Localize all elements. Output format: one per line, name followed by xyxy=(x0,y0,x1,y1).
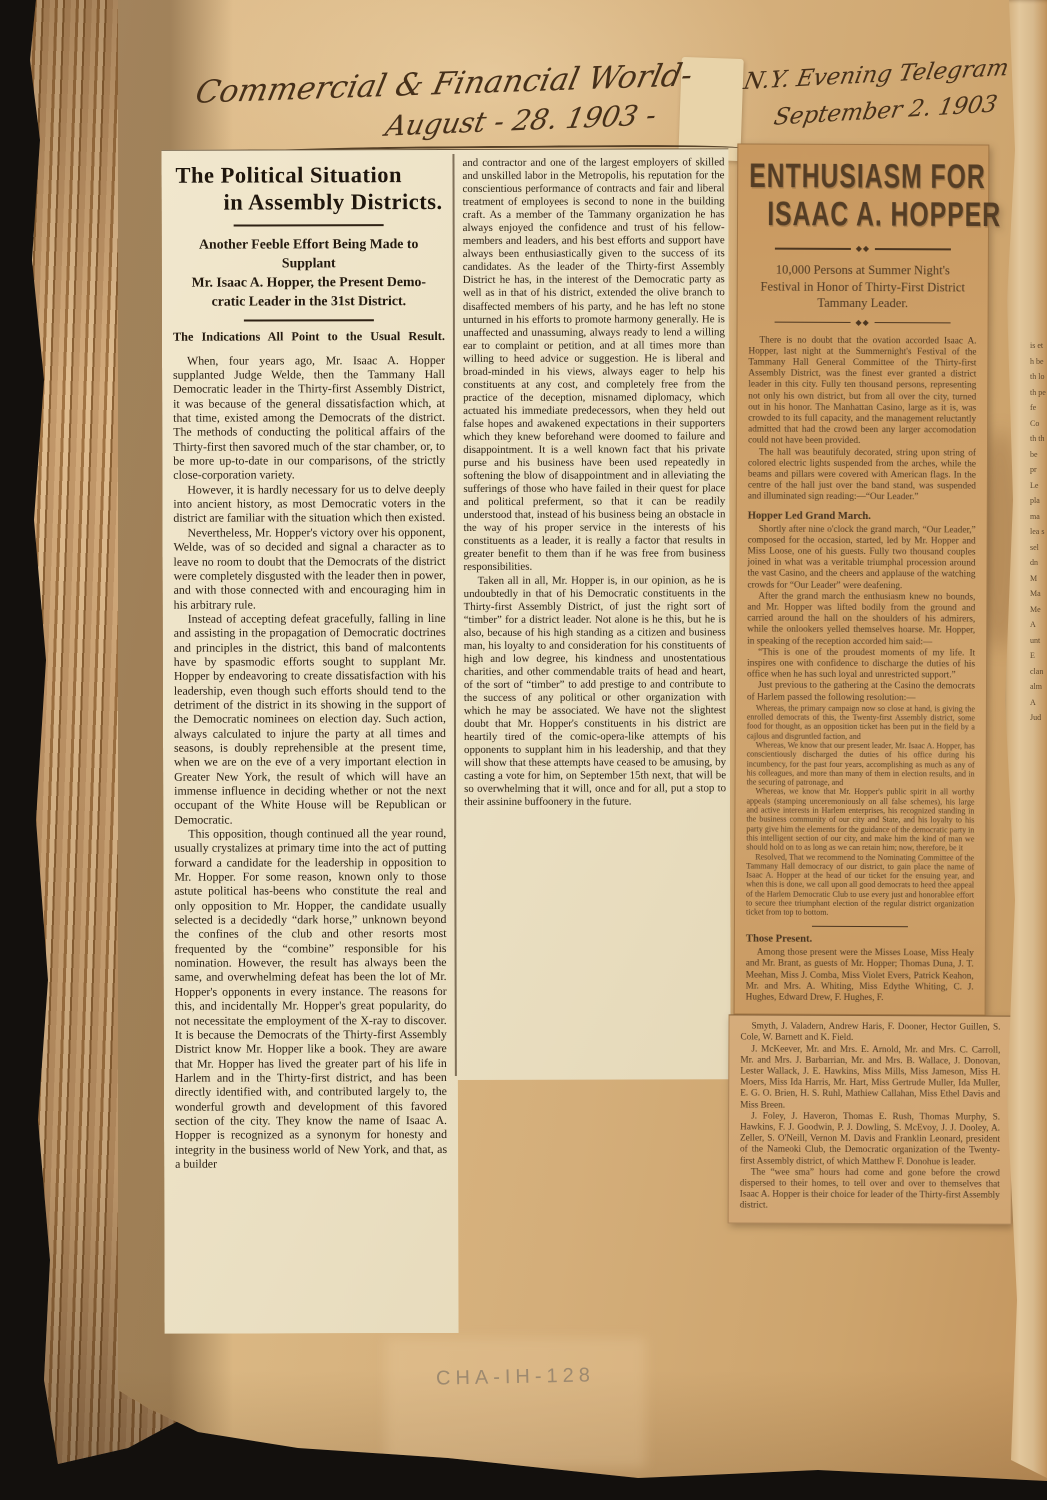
guest-list-paragraph: J. McKeever, Mr. and Mrs. E. Arnold, Mr.… xyxy=(740,1044,1000,1112)
inscription-right-source: N.Y. Evening Telegram xyxy=(744,55,1010,95)
left-article-paragraph: When, four years ago, Mr. Isaac A. Hoppe… xyxy=(173,353,445,483)
right-article-paragraph: Just previous to the gathering at the Ca… xyxy=(747,681,975,704)
column-rule xyxy=(452,154,456,1076)
ornament-divider: ◆◆ xyxy=(775,318,951,327)
divider-line xyxy=(875,322,951,324)
right-article-paragraph: There is no doubt that the ovation accor… xyxy=(748,335,976,448)
inscription-right-date-text: September 2. 1903 xyxy=(772,91,1000,131)
guest-list-paragraph: Smyth, J. Valadern, Andrew Haris, F. Doo… xyxy=(740,1022,1000,1046)
guest-list-paragraph: J. Foley, J. Haveron, Thomas E. Rush, Th… xyxy=(740,1111,1000,1168)
right-article-paragraph: After the grand march the enthusiasm kne… xyxy=(747,591,975,648)
right-article-paragraph: “This is one of the proudest moments of … xyxy=(747,647,975,682)
right-clipping: ENTHUSIASM FOR ISAAC A. HOPPER ◆◆ 10,000… xyxy=(733,143,990,1224)
archive-code: CHA-IH-128 xyxy=(436,1364,595,1390)
ornament-divider: ◆◆ xyxy=(775,245,951,254)
right-clipping-lower-piece: Smyth, J. Valadern, Andrew Haris, F. Doo… xyxy=(728,1015,1013,1225)
headline-rule xyxy=(234,224,384,226)
left-article-paragraph: This opposition, though continued all th… xyxy=(174,826,447,1171)
right-article-headline-line2: ISAAC A. HOPPER xyxy=(767,195,977,236)
scrapbook-page: Commercial & Financial World- August - 2… xyxy=(118,0,1047,1500)
left-article-headline-line1: The Political Situation xyxy=(172,161,444,189)
right-article-deck: 10,000 Persons at Summer Night's Festiva… xyxy=(755,262,971,312)
deck-line: cratic Leader in the 31st District. xyxy=(173,291,445,311)
left-clipping-column-1: The Political Situation in Assembly Dist… xyxy=(172,159,447,1171)
left-article-paragraph: Nevertheless, Mr. Hopper's victory over … xyxy=(173,525,445,612)
deck-rule xyxy=(244,319,374,321)
divider-line xyxy=(775,248,851,250)
inscription-left-date-text: August - 28. 1903 - xyxy=(383,98,660,143)
left-article-paragraph: and contractor and one of the largest em… xyxy=(462,156,725,574)
left-article-headline-line2: in Assembly Districts. xyxy=(173,188,445,216)
deck-line: Another Feeble Effort Being Made to Supp… xyxy=(173,234,445,273)
diamond-ornament-icon: ◆◆ xyxy=(855,318,869,326)
right-article-closing-paragraph: The “wee sma” hours had come and gone be… xyxy=(740,1167,1000,1213)
deck-line: Mr. Isaac A. Hopper, the Present Demo- xyxy=(173,272,445,292)
diamond-ornament-icon: ◆◆ xyxy=(856,245,870,253)
subhead-rule xyxy=(812,925,908,927)
inscription-right-source-text: N.Y. Evening Telegram xyxy=(742,55,1011,95)
adjacent-page-text-fragments: is et h be th lo th pe fe Co th th be pr… xyxy=(1030,338,1046,726)
left-clipping-column-2: and contractor and one of the largest em… xyxy=(462,156,726,809)
resolution-paragraph: Whereas, the primary campaign now so clo… xyxy=(747,703,975,741)
left-article-subdeck: The Indications All Point to the Usual R… xyxy=(173,329,445,345)
right-article-subhead-those-present: Those Present. xyxy=(746,933,974,947)
right-clipping-upper-piece: ENTHUSIASM FOR ISAAC A. HOPPER ◆◆ 10,000… xyxy=(734,143,990,1015)
left-article-headline: The Political Situation in Assembly Dist… xyxy=(172,161,444,216)
left-clipping: The Political Situation in Assembly Dist… xyxy=(161,148,731,1334)
scrapbook-photo: Commercial & Financial World- August - 2… xyxy=(0,0,1047,1500)
left-article-deck: Another Feeble Effort Being Made to Supp… xyxy=(173,234,445,311)
paper-stain xyxy=(386,1338,646,1468)
left-article-paragraph: However, it is hardly necessary for us t… xyxy=(173,482,445,526)
right-article-headline: ENTHUSIASM FOR ISAAC A. HOPPER xyxy=(749,153,977,239)
right-article-paragraph: Among those present were the Misses Loas… xyxy=(746,948,974,1005)
right-article-paragraph: Shortly after nine o'clock the grand mar… xyxy=(747,524,975,592)
left-article-paragraph: Instead of accepting defeat gracefully, … xyxy=(174,611,447,827)
right-article-subhead-grand-march: Hopper Led Grand March. xyxy=(748,509,976,523)
right-article-paragraph: The hall was beautifuly decorated, strin… xyxy=(748,447,976,504)
left-article-paragraph: Taken all in all, Mr. Hopper is, in our … xyxy=(464,574,727,810)
resolution-paragraph: Whereas, We know that our present leader… xyxy=(747,740,975,787)
divider-line xyxy=(875,248,951,250)
right-article-headline-line1: ENTHUSIASM FOR xyxy=(749,157,959,198)
divider-line xyxy=(775,321,851,323)
resolution-paragraph: Whereas, we know that Mr. Hopper's publi… xyxy=(746,787,974,853)
inscription-right-date: September 2. 1903 xyxy=(773,91,997,130)
inscription-left-date: August - 28. 1903 - xyxy=(385,98,656,142)
resolution-paragraph: Resolved, That we recommend to the Nomin… xyxy=(746,852,974,918)
